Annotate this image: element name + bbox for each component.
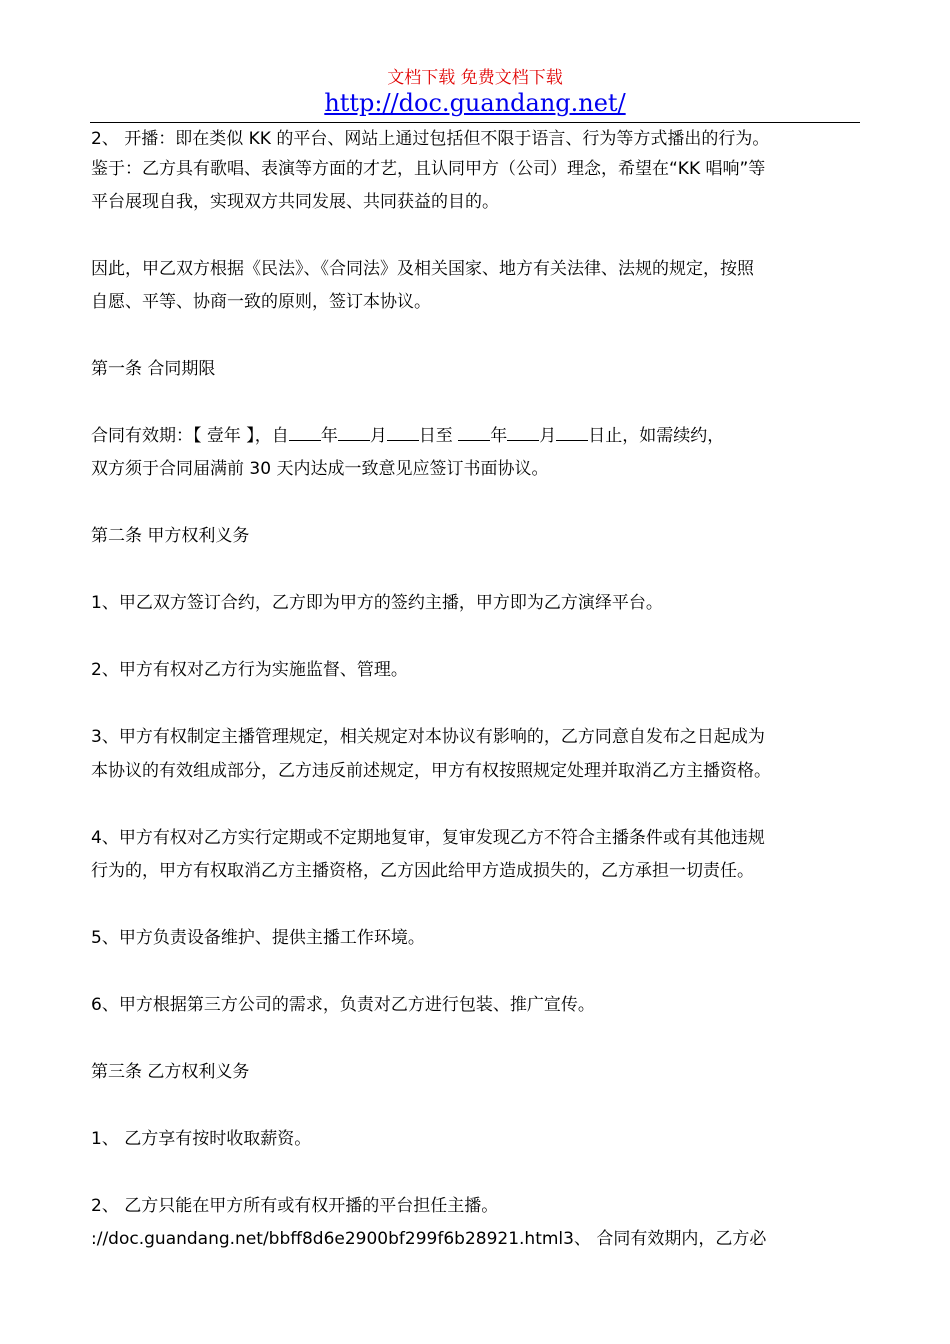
blank-field [387,426,419,441]
header-divider [90,122,860,123]
paragraph-line: 本协议的有效组成部分，乙方违反前述规定，甲方有权按照规定处理并取消乙方主播资格。 [91,760,771,782]
paragraph-line: 因此，甲乙双方根据《民法》、《合同法》及相关国家、地方有关法律、法规的规定，按照 [91,258,754,280]
paragraph-line: 6、甲方根据第三方公司的需求，负责对乙方进行包装、推广宣传。 [91,994,595,1016]
header-link[interactable]: http://doc.guandang.net/ [0,88,950,118]
paragraph-line: 双方须于合同届满前 30 天内达成一致意见应签订书面协议。 [91,458,548,480]
term-unit: 月 [539,426,556,446]
blank-field [338,426,370,441]
paragraph-line: ://doc.guandang.net/bbff8d6e2900bf299f6b… [91,1228,766,1250]
paragraph-line: 平台展现自我，实现双方共同发展、共同获益的目的。 [91,191,499,213]
contract-term-line: 合同有效期：【 壹年 】，自年月日至 年月日止，如需续约， [91,425,724,447]
paragraph-line: 5、甲方负责设备维护、提供主播工作环境。 [91,927,425,949]
paragraph-line: 4、甲方有权对乙方实行定期或不定期地复审，复审发现乙方不符合主播条件或有其他违规 [91,827,765,849]
paragraph-line: 3、甲方有权制定主播管理规定，相关规定对本协议有影响的，乙方同意自发布之日起成为 [91,726,765,748]
paragraph-line: 2、 开播：即在类似 KK 的平台、网站上通过包括但不限于语言、行为等方式播出的… [91,128,769,150]
blank-field [289,426,321,441]
term-unit: 年 [321,426,338,446]
blank-field [458,426,490,441]
section-heading: 第二条 甲方权利义务 [91,525,249,547]
term-prefix: 合同有效期：【 壹年 】，自 [91,426,289,446]
paragraph-line: 1、 乙方享有按时收取薪资。 [91,1128,311,1150]
term-unit: 日止，如需续约， [588,426,724,446]
paragraph-line: 鉴于：乙方具有歌唱、表演等方面的才艺，且认同甲方（公司）理念，希望在“KK 唱响… [91,158,765,180]
blank-field [556,426,588,441]
paragraph-line: 自愿、平等、协商一致的原则，签订本协议。 [91,291,431,313]
paragraph-line: 2、甲方有权对乙方行为实施监督、管理。 [91,659,408,681]
section-heading: 第一条 合同期限 [91,358,215,380]
section-heading: 第三条 乙方权利义务 [91,1061,249,1083]
term-unit: 日至 [419,426,458,446]
header-title: 文档下载 免费文档下载 [0,67,950,89]
paragraph-line: 1、甲乙双方签订合约，乙方即为甲方的签约主播，甲方即为乙方演绎平台。 [91,592,663,614]
paragraph-line: 行为的，甲方有权取消乙方主播资格，乙方因此给甲方造成损失的，乙方承担一切责任。 [91,860,754,882]
term-unit: 月 [370,426,387,446]
blank-field [507,426,539,441]
paragraph-line: 2、 乙方只能在甲方所有或有权开播的平台担任主播。 [91,1195,498,1217]
term-unit: 年 [490,426,507,446]
